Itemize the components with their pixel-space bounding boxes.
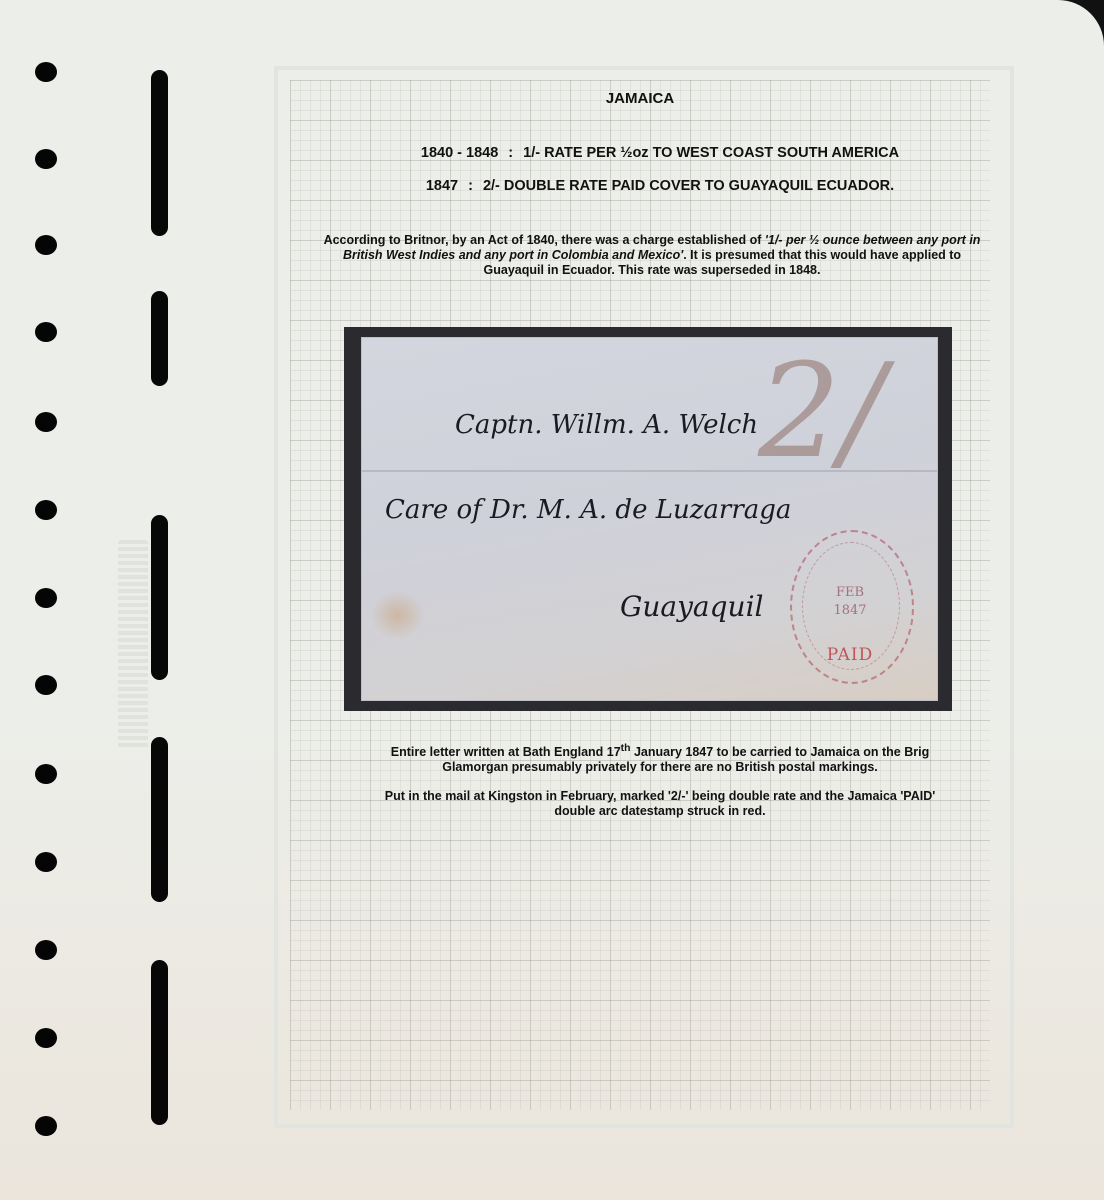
binder-slot [151, 70, 168, 236]
heading-separator: : [468, 178, 473, 194]
address-line-2: Care of Dr. M. A. de Luzarraga [385, 495, 791, 525]
address-line-3: Guayaquil [620, 590, 763, 623]
binder-hole [35, 322, 57, 342]
note-text: Entire letter written at Bath England 17 [391, 745, 621, 759]
binder-hole [35, 764, 57, 784]
heading-separator: : [508, 145, 513, 161]
binder-hole [35, 852, 57, 872]
binder-hole [35, 675, 57, 695]
notes: Entire letter written at Bath England 17… [380, 741, 940, 833]
album-page: JAMAICA 1840 - 1848:1/- RATE PER ½oz TO … [0, 0, 1104, 1200]
cover-stain [370, 590, 425, 640]
datestamp-paid: PAID [810, 645, 890, 665]
binder-slot [151, 737, 168, 902]
binder-slot [151, 515, 168, 680]
binder-hole [35, 1028, 57, 1048]
heading-text: 1/- RATE PER ½oz TO WEST COAST SOUTH AME… [523, 145, 899, 161]
binder-slot [151, 291, 168, 386]
heading-rate-period: 1840 - 1848:1/- RATE PER ½oz TO WEST COA… [290, 145, 1030, 161]
binder-hole [35, 235, 57, 255]
binder-hole [35, 149, 57, 169]
binder-slot [151, 960, 168, 1125]
datestamp-month: FEB [810, 585, 890, 600]
heading-cover-description: 1847:2/- DOUBLE RATE PAID COVER TO GUAYA… [290, 178, 1030, 194]
note-paragraph-1: Entire letter written at Bath England 17… [380, 741, 940, 775]
binder-hole [35, 588, 57, 608]
note-paragraph-2: Put in the mail at Kingston in February,… [380, 789, 940, 819]
note-superscript: th [621, 743, 631, 754]
heading-text: 2/- DOUBLE RATE PAID COVER TO GUAYAQUIL … [483, 178, 894, 194]
datestamp-year: 1847 [810, 603, 890, 618]
heading-dates: 1840 - 1848 [421, 145, 498, 161]
binder-hole [35, 1116, 57, 1136]
faint-watermark [118, 540, 148, 750]
address-line-1: Captn. Willm. A. Welch [455, 410, 758, 440]
intro-paragraph: According to Britnor, by an Act of 1840,… [322, 233, 982, 278]
binder-hole [35, 940, 57, 960]
page-title: JAMAICA [290, 90, 990, 107]
binder-hole [35, 62, 57, 82]
binder-hole [35, 412, 57, 432]
intro-lead: According to Britnor, by an Act of 1840,… [324, 233, 765, 247]
rate-marking: 2/ [758, 346, 885, 476]
heading-dates: 1847 [426, 178, 458, 194]
binder-hole [35, 500, 57, 520]
